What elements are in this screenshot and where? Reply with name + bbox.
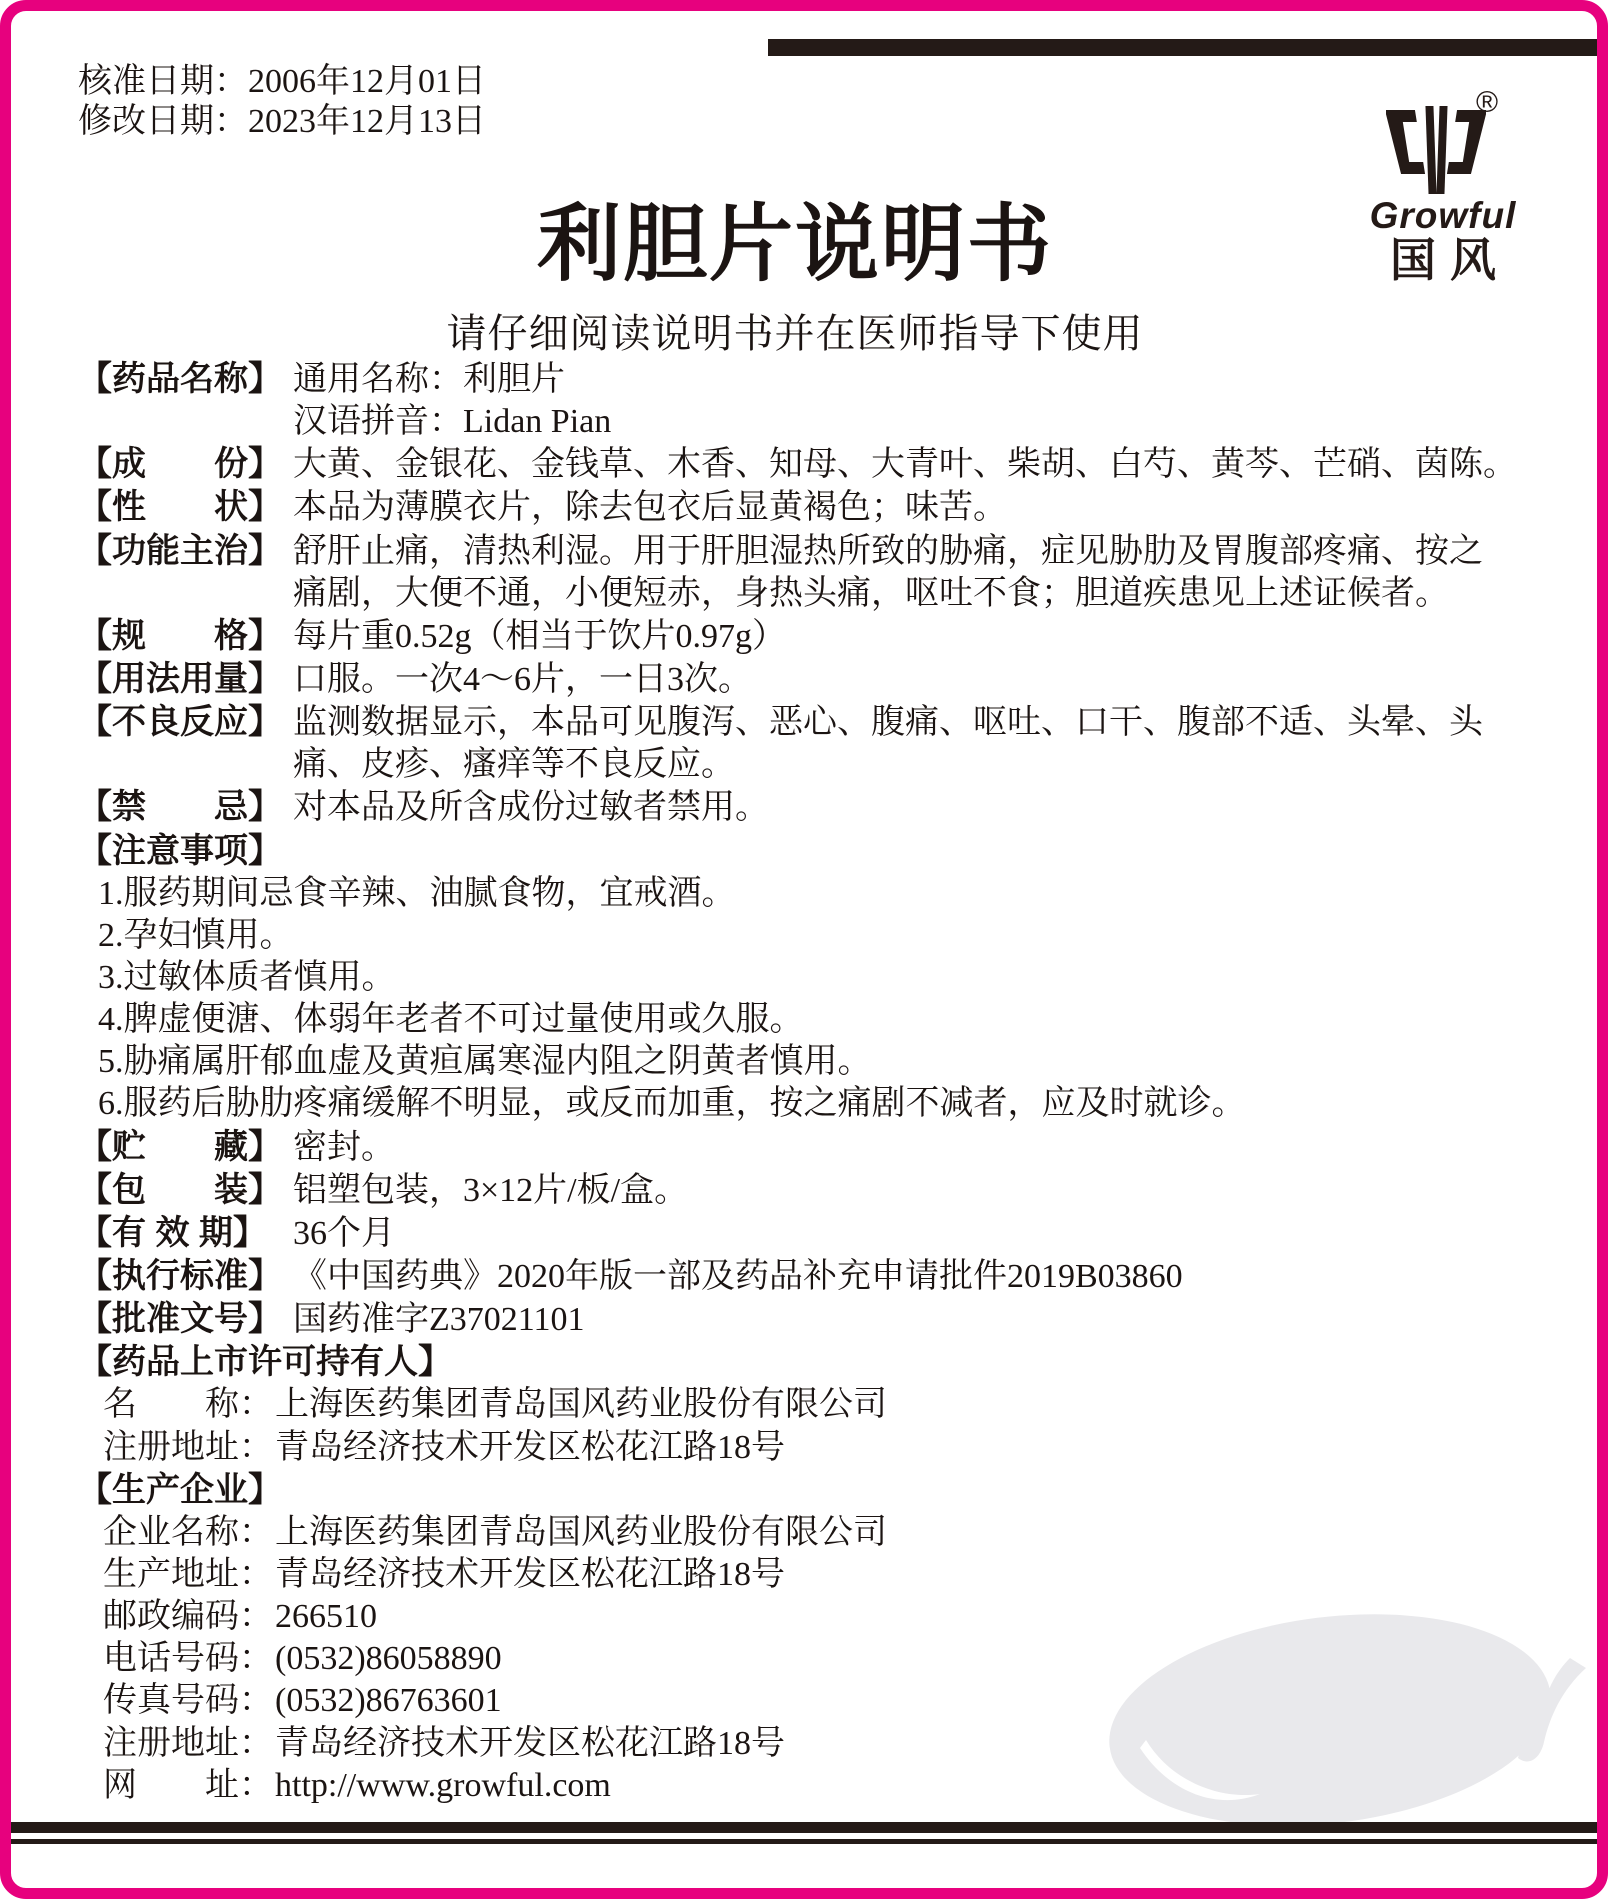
section-text: 痛、皮疹、瘙痒等不良反应。 — [293, 746, 735, 783]
section-label: 【生产企业】 — [78, 1471, 282, 1509]
mah-registered-address: 注册地址：青岛经济技术开发区松花江路18号 — [78, 1427, 1568, 1469]
field-value: (0532)86763601 — [275, 1682, 502, 1719]
section-label: 【性 状】 — [78, 486, 293, 528]
revision-date: 修改日期：2023年12月13日 — [78, 102, 486, 142]
header-dates: 核准日期：2006年12月01日 修改日期：2023年12月13日 — [78, 62, 486, 142]
phone-number: 电话号码：(0532)86058890 — [78, 1638, 1568, 1680]
doc-line-shelf-life: 【有 效 期】36个月 — [78, 1212, 1568, 1255]
page-subtitle: 请仔细阅读说明书并在医师指导下使用 — [0, 310, 1590, 358]
field-label: 注册地址： — [103, 1723, 275, 1765]
section-label: 【用法用量】 — [78, 658, 293, 700]
precaution-item-4: 4.脾虚便溏、体弱年老者不可过量使用或久服。 — [78, 999, 1568, 1041]
doc-heading-precautions: 【注意事项】 — [78, 830, 1568, 873]
note-text: 4.脾虚便溏、体弱年老者不可过量使用或久服。 — [98, 1001, 804, 1038]
section-text: 《中国药典》2020年版一部及药品补充申请批件2019B03860 — [293, 1258, 1183, 1295]
field-label: 企业名称： — [103, 1512, 275, 1554]
field-value: 青岛经济技术开发区松花江路18号 — [275, 1725, 785, 1762]
doc-heading-mah: 【药品上市许可持有人】 — [78, 1341, 1568, 1384]
doc-line-contraindication: 【禁 忌】对本品及所含成份过敏者禁用。 — [78, 786, 1568, 829]
section-text: 痛剧，大便不通，小便短赤，身热头痛，呕吐不食；胆道疾患见上述证候者。 — [293, 575, 1449, 612]
registered-trademark-symbol: ® — [1476, 86, 1498, 120]
section-label: 【批准文号】 — [78, 1298, 293, 1340]
website-url: 网 址：http://www.growful.com — [78, 1765, 1568, 1807]
postal-code: 邮政编码：266510 — [78, 1596, 1568, 1638]
note-text: 3.过敏体质者慎用。 — [98, 959, 396, 996]
field-value: 266510 — [275, 1598, 377, 1635]
section-text: 汉语拼音：Lidan Pian — [293, 403, 611, 440]
field-label: 网 址： — [103, 1765, 275, 1807]
growful-logo-mark-icon — [1386, 104, 1486, 196]
section-label: 【功能主治】 — [78, 530, 293, 572]
section-text: 每片重0.52g（相当于饮片0.97g） — [293, 618, 786, 655]
section-text: 密封。 — [293, 1129, 395, 1166]
section-label: 【有 效 期】 — [78, 1212, 293, 1254]
doc-line-packaging: 【包 装】铝塑包装，3×12片/板/盒。 — [78, 1169, 1568, 1212]
precaution-item-5: 5.胁痛属肝郁血虚及黄疸属寒湿内阻之阴黄者慎用。 — [78, 1041, 1568, 1083]
precaution-item-3: 3.过敏体质者慎用。 — [78, 957, 1568, 999]
section-text: 本品为薄膜衣片，除去包衣后显黄褐色；味苦。 — [293, 489, 1007, 526]
package-insert-page: 核准日期：2006年12月01日 修改日期：2023年12月13日 ® Grow… — [0, 0, 1608, 1899]
bottom-thin-rule-bar — [10, 1839, 1598, 1844]
note-text: 2.孕妇慎用。 — [98, 917, 294, 954]
field-label: 传真号码： — [103, 1680, 275, 1722]
section-text: 铝塑包装，3×12片/板/盒。 — [293, 1172, 688, 1209]
field-label: 电话号码： — [103, 1638, 275, 1680]
section-label: 【执行标准】 — [78, 1255, 293, 1297]
mah-name: 名 称：上海医药集团青岛国风药业股份有限公司 — [78, 1384, 1568, 1426]
doc-line-standard: 【执行标准】《中国药典》2020年版一部及药品补充申请批件2019B03860 — [78, 1255, 1568, 1298]
field-label: 邮政编码： — [103, 1596, 275, 1638]
section-text: 口服。一次4～6片，一日3次。 — [293, 661, 752, 698]
field-value: http://www.growful.com — [275, 1767, 611, 1804]
registered-address: 注册地址：青岛经济技术开发区松花江路18号 — [78, 1723, 1568, 1765]
doc-line-adverse-2: 痛、皮疹、瘙痒等不良反应。 — [78, 744, 1568, 786]
section-text: 通用名称：利胆片 — [293, 361, 565, 398]
field-value: (0532)86058890 — [275, 1640, 502, 1677]
manufacturer-name: 企业名称：上海医药集团青岛国风药业股份有限公司 — [78, 1512, 1568, 1554]
section-label: 【禁 忌】 — [78, 786, 293, 828]
precaution-item-6: 6.服药后胁肋疼痛缓解不明显，或反而加重，按之痛剧不减者，应及时就诊。 — [78, 1083, 1568, 1125]
section-text: 36个月 — [293, 1215, 395, 1252]
doc-line-description: 【性 状】本品为薄膜衣片，除去包衣后显黄褐色；味苦。 — [78, 486, 1568, 529]
section-label: 【成 份】 — [78, 443, 293, 485]
doc-line-ingredients: 【成 份】大黄、金银花、金钱草、木香、知母、大青叶、柴胡、白芍、黄芩、芒硝、茵陈… — [78, 443, 1568, 486]
fax-number: 传真号码：(0532)86763601 — [78, 1680, 1568, 1722]
top-rule-bar — [768, 39, 1598, 56]
insert-body: 【药品名称】通用名称：利胆片 汉语拼音：Lidan Pian 【成 份】大黄、金… — [78, 358, 1568, 1807]
section-text: 舒肝止痛，清热利湿。用于肝胆湿热所致的胁痛，症见胁肋及胃腹部疼痛、按之 — [293, 533, 1483, 570]
section-label: 【规 格】 — [78, 615, 293, 657]
field-value: 上海医药集团青岛国风药业股份有限公司 — [275, 1514, 887, 1551]
doc-line-dosage: 【用法用量】口服。一次4～6片，一日3次。 — [78, 658, 1568, 701]
doc-line-indications-1: 【功能主治】舒肝止痛，清热利湿。用于肝胆湿热所致的胁痛，症见胁肋及胃腹部疼痛、按… — [78, 530, 1568, 573]
field-label: 生产地址： — [103, 1554, 275, 1596]
section-label: 【注意事项】 — [78, 832, 282, 870]
page-title: 利胆片说明书 — [0, 198, 1590, 290]
bottom-thick-rule-bar — [10, 1822, 1598, 1833]
section-text: 大黄、金银花、金钱草、木香、知母、大青叶、柴胡、白芍、黄芩、芒硝、茵陈。 — [293, 446, 1517, 483]
note-text: 5.胁痛属肝郁血虚及黄疸属寒湿内阻之阴黄者慎用。 — [98, 1043, 872, 1080]
section-label: 【包 装】 — [78, 1169, 293, 1211]
doc-heading-manufacturer: 【生产企业】 — [78, 1469, 1568, 1512]
note-text: 6.服药后胁肋疼痛缓解不明显，或反而加重，按之痛剧不减者，应及时就诊。 — [98, 1085, 1246, 1122]
precaution-item-1: 1.服药期间忌食辛辣、油腻食物，宜戒酒。 — [78, 873, 1568, 915]
doc-line-approval-number: 【批准文号】国药准字Z37021101 — [78, 1298, 1568, 1341]
precaution-item-2: 2.孕妇慎用。 — [78, 915, 1568, 957]
doc-line-adverse-1: 【不良反应】监测数据显示，本品可见腹泻、恶心、腹痛、呕吐、口干、腹部不适、头晕、… — [78, 701, 1568, 744]
note-text: 1.服药期间忌食辛辣、油腻食物，宜戒酒。 — [98, 875, 736, 912]
field-value: 青岛经济技术开发区松花江路18号 — [275, 1556, 785, 1593]
field-value: 上海医药集团青岛国风药业股份有限公司 — [275, 1386, 887, 1423]
section-text: 监测数据显示，本品可见腹泻、恶心、腹痛、呕吐、口干、腹部不适、头晕、头 — [293, 704, 1483, 741]
field-label: 注册地址： — [103, 1427, 275, 1469]
field-value: 青岛经济技术开发区松花江路18号 — [275, 1429, 785, 1466]
doc-line-drug-name: 【药品名称】通用名称：利胆片 — [78, 358, 1568, 401]
section-label: 【药品上市许可持有人】 — [78, 1343, 452, 1381]
section-label: 【药品名称】 — [78, 358, 293, 400]
production-address: 生产地址：青岛经济技术开发区松花江路18号 — [78, 1554, 1568, 1596]
doc-line-pinyin: 汉语拼音：Lidan Pian — [78, 401, 1568, 443]
approval-date: 核准日期：2006年12月01日 — [78, 62, 486, 102]
section-text: 国药准字Z37021101 — [293, 1301, 585, 1338]
logo-mark-row: ® — [1358, 86, 1528, 198]
section-label: 【贮 藏】 — [78, 1126, 293, 1168]
section-label: 【不良反应】 — [78, 701, 293, 743]
field-label: 名 称： — [103, 1384, 275, 1426]
doc-line-strength: 【规 格】每片重0.52g（相当于饮片0.97g） — [78, 615, 1568, 658]
section-text: 对本品及所含成份过敏者禁用。 — [293, 789, 769, 826]
doc-line-storage: 【贮 藏】密封。 — [78, 1126, 1568, 1169]
doc-line-indications-2: 痛剧，大便不通，小便短赤，身热头痛，呕吐不食；胆道疾患见上述证候者。 — [78, 573, 1568, 615]
